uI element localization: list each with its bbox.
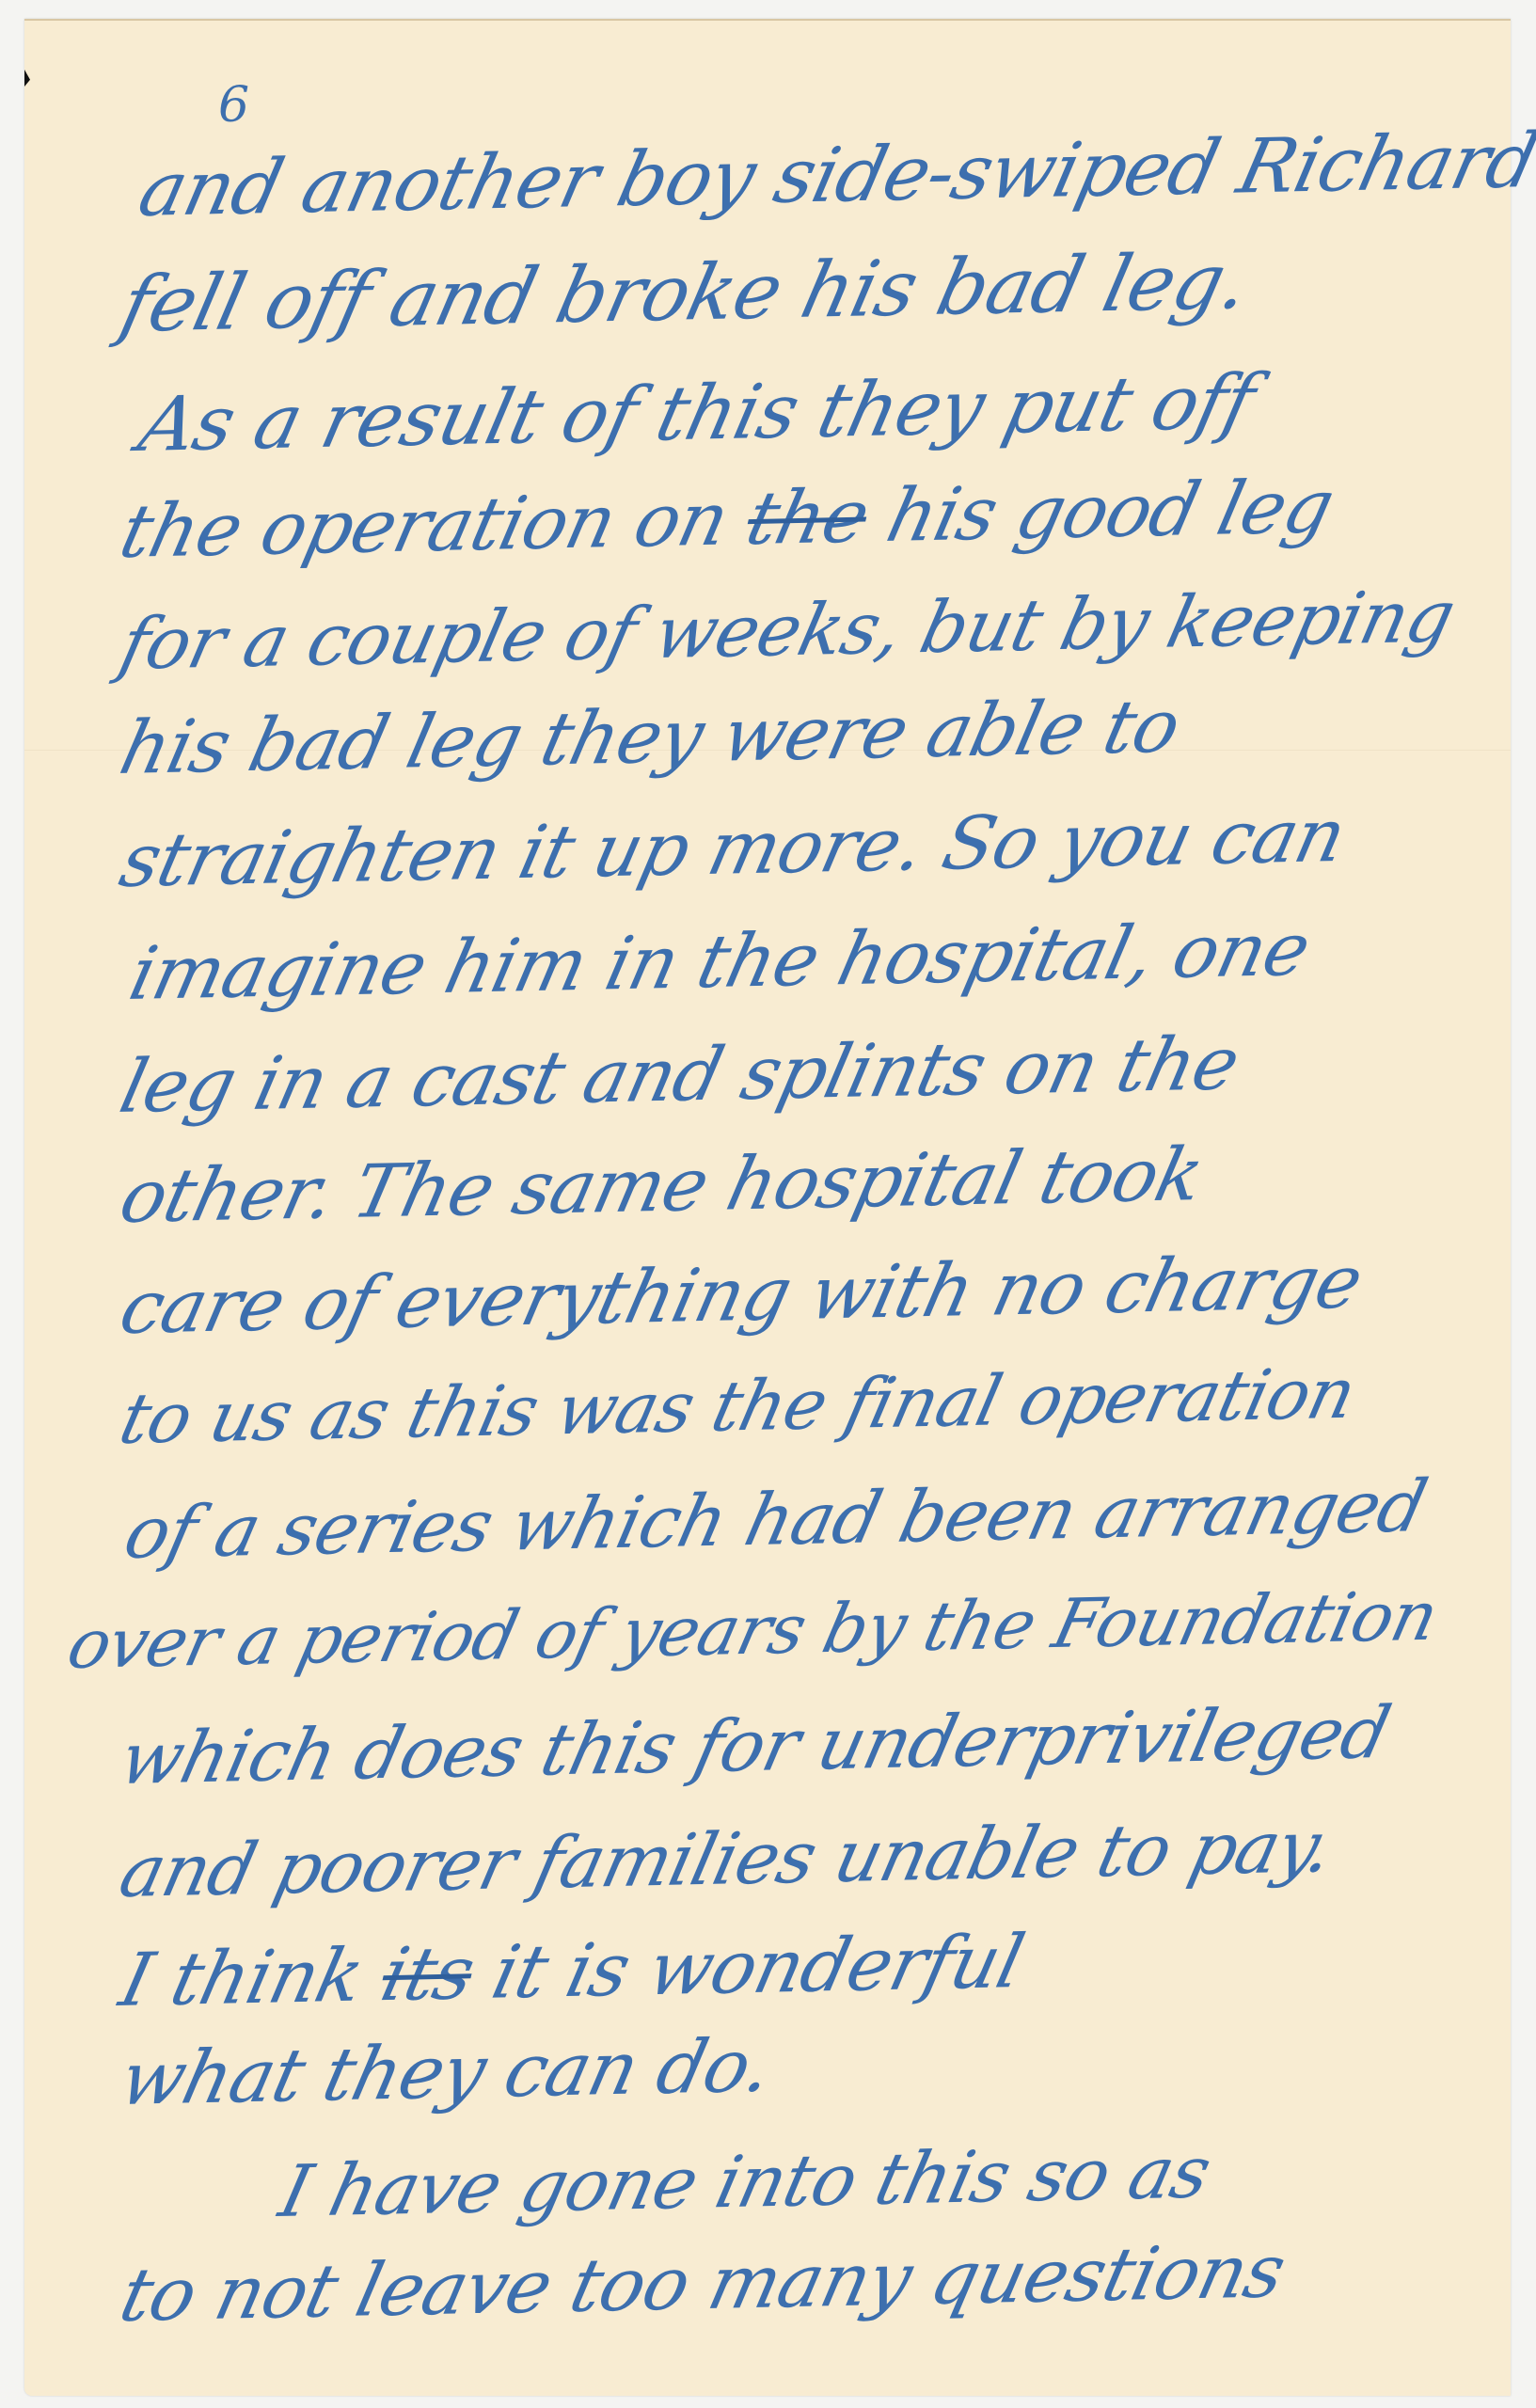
letter-line-16: and poorer families unable to pay. bbox=[114, 1811, 1338, 1908]
letter-line-7: straighten it up more. So you can bbox=[114, 800, 1352, 898]
edge-ink-mark bbox=[24, 70, 30, 87]
line-4-pre: the operation on bbox=[113, 477, 759, 575]
struck-word: the bbox=[739, 475, 877, 562]
letter-line-13: of a series which had been arranged bbox=[119, 1470, 1433, 1569]
letter-line-14: over a period of years by the Foundation bbox=[62, 1582, 1443, 1678]
letter-line-1: and another boy side-swiped Richard bbox=[133, 123, 1536, 228]
letter-line-8: imagine him in the hospital, one bbox=[123, 913, 1316, 1011]
letter-line-15: which does this for underprivileged bbox=[114, 1697, 1396, 1795]
letter-line-10: other. The same hospital took bbox=[114, 1138, 1209, 1234]
letter-line-11: care of everything with no charge bbox=[114, 1246, 1369, 1345]
line-17-pre: I think bbox=[113, 1933, 393, 2023]
letter-line-17: I think its it is wonderful bbox=[114, 1925, 1029, 2018]
line-17-post: it is wonderful bbox=[462, 1920, 1031, 2016]
letter-line-18: what they can do. bbox=[114, 2030, 778, 2116]
letter-line-12: to us as this was the final operation bbox=[114, 1359, 1361, 1454]
letter-page: 6 and another boy side-swiped Richard fe… bbox=[24, 19, 1511, 2396]
line-4-post: his good leg bbox=[857, 465, 1340, 559]
letter-line-9: leg in a cast and splints on the bbox=[114, 1027, 1245, 1124]
letter-line-4: the operation on the his good leg bbox=[114, 470, 1339, 569]
letter-line-2: fell off and broke his bad leg. bbox=[114, 244, 1255, 344]
letter-line-19: I have gone into this so as bbox=[274, 2136, 1216, 2227]
letter-line-3: As a result of this they put off bbox=[133, 364, 1260, 463]
letter-line-6: his bad leg they were able to bbox=[114, 690, 1186, 785]
letter-line-5: for a couple of weeks, but by keeping bbox=[114, 581, 1461, 680]
page-number: 6 bbox=[218, 77, 249, 134]
letter-line-20: to not leave too many questions bbox=[114, 2235, 1291, 2333]
